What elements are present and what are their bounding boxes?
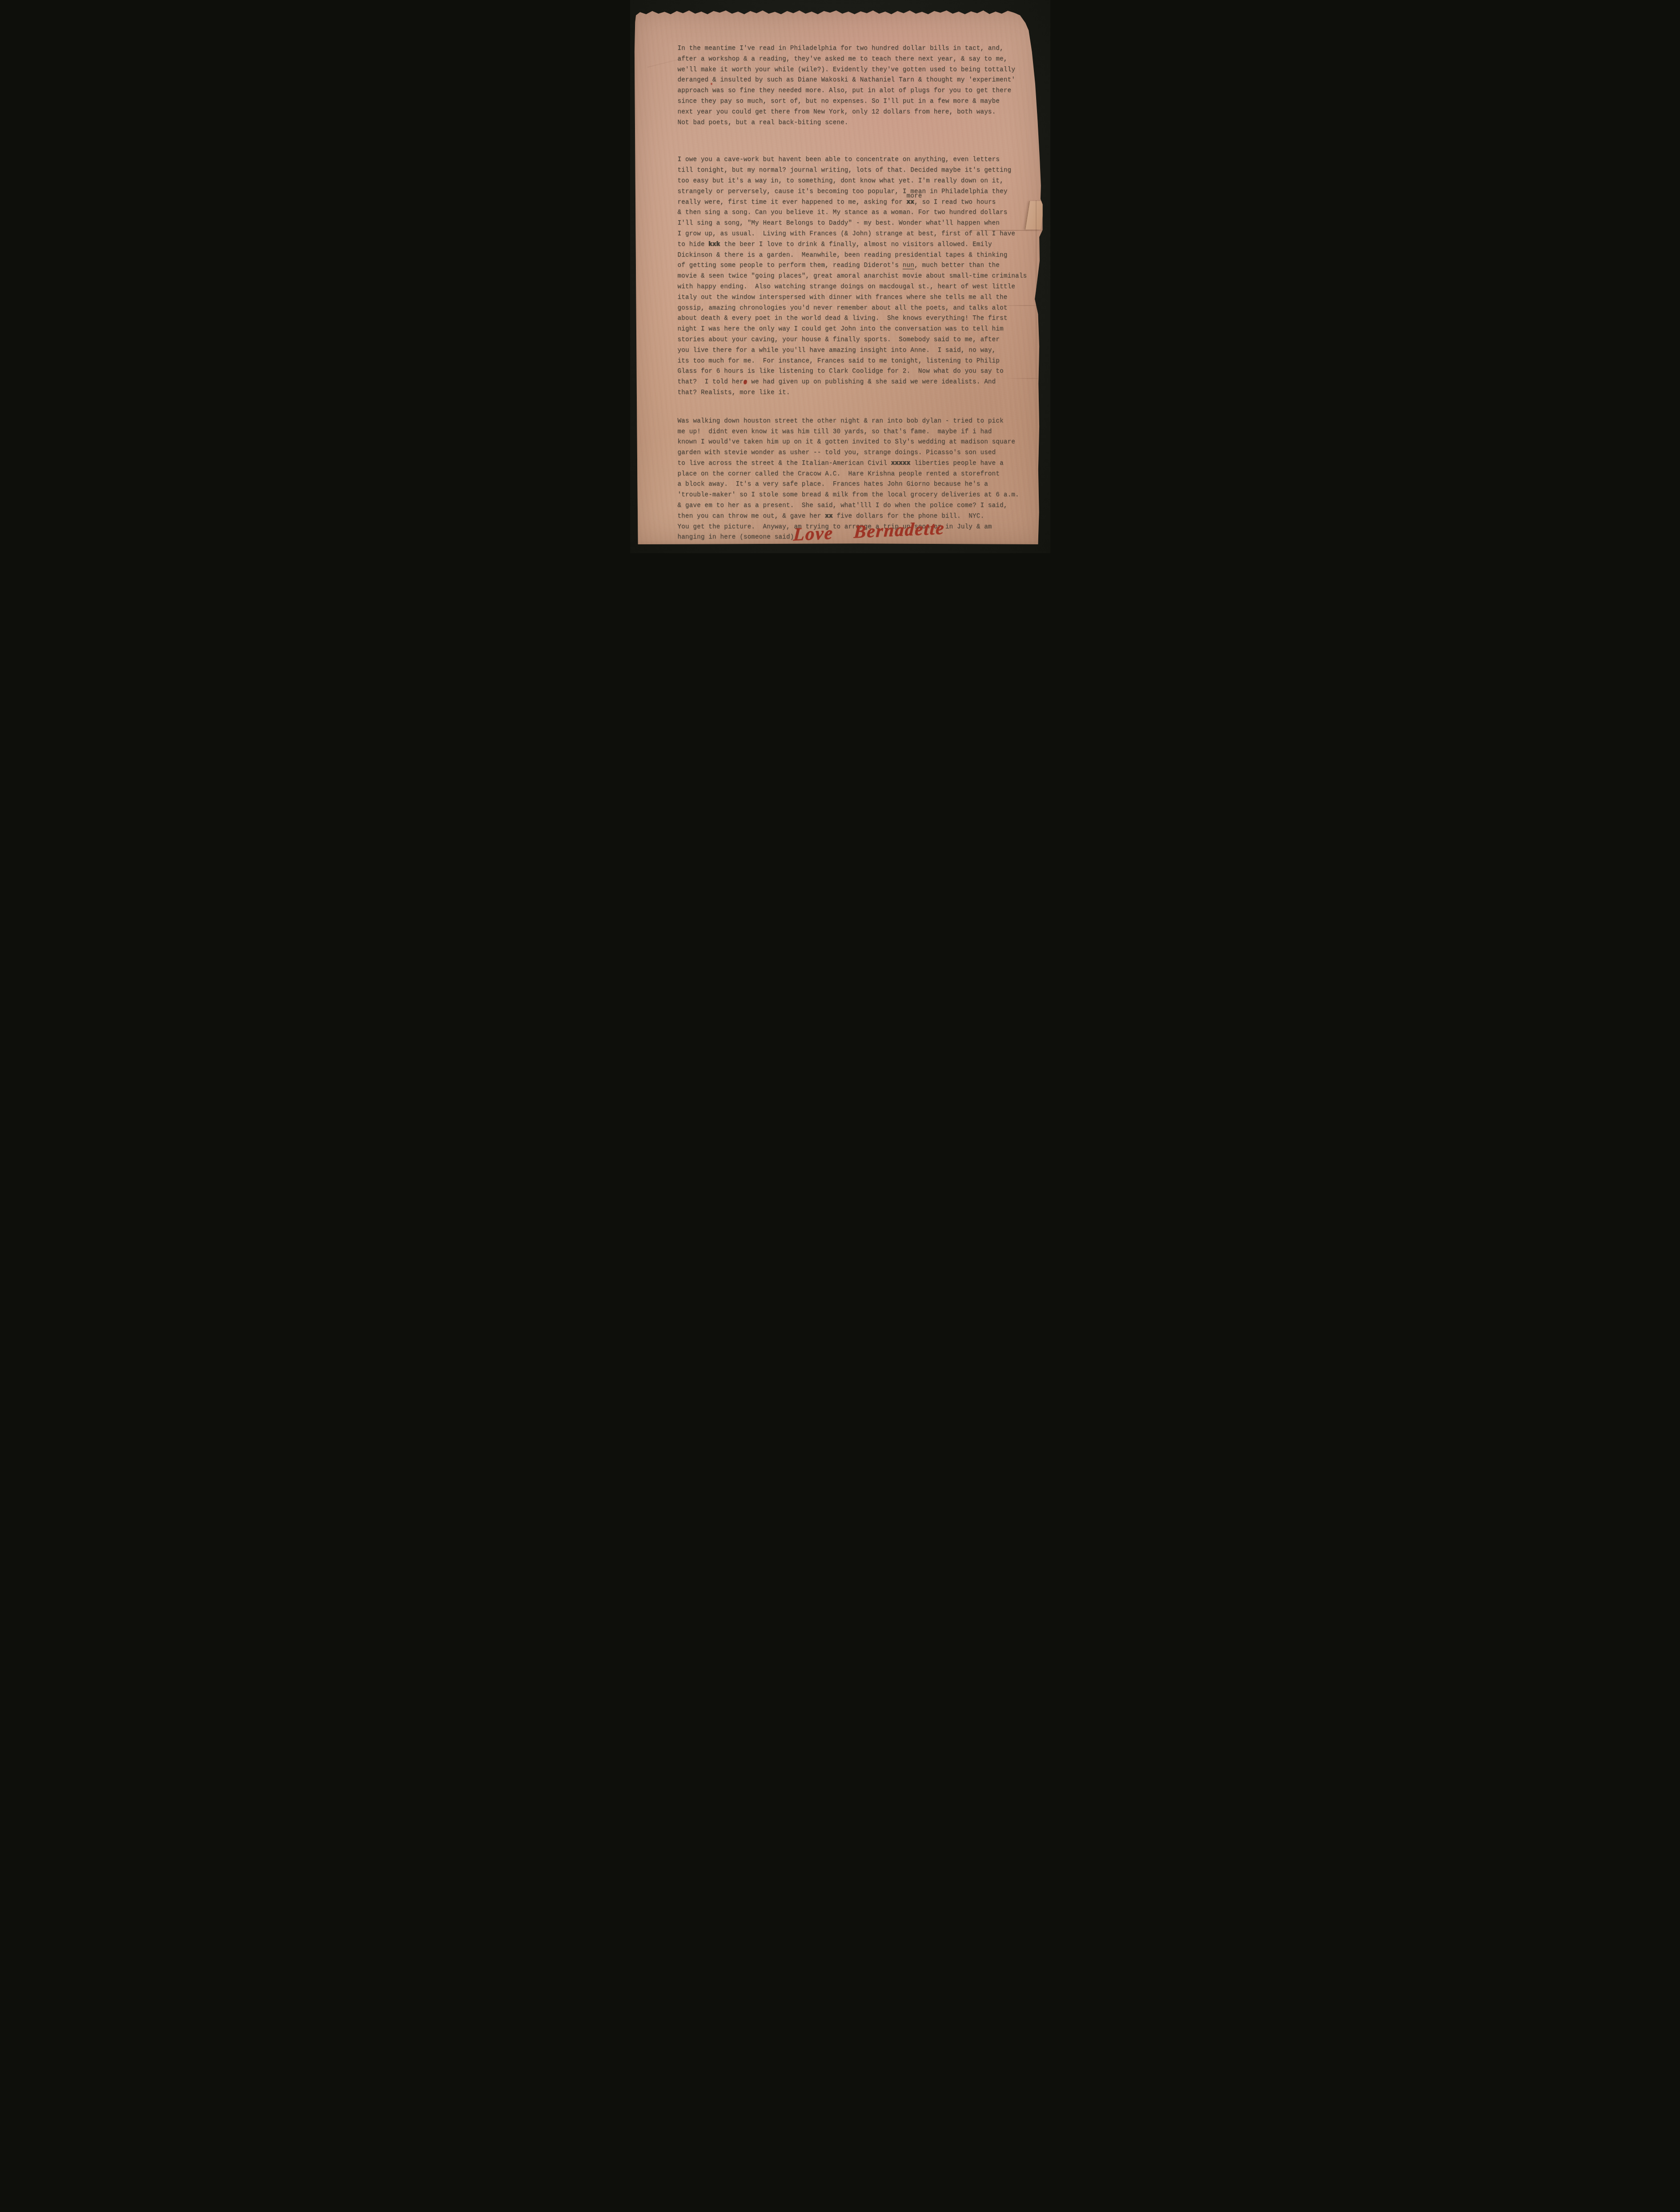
letter-line: me up! didnt even know it was him till 3… [678,427,1027,438]
line-segment: In the meantime I've read in Philadelphi… [678,45,1004,52]
line-segment: we'll make it worth your while (wile?). … [678,66,1015,73]
letter-line: we'll make it worth your while (wile?). … [678,65,1027,76]
line-segment: gossip, amazing chronologies you'd never… [678,305,1008,312]
letter-line: a block away. It's a very safe place. Fr… [678,480,1027,491]
letter-line: known I would've taken him up on it & go… [678,438,1027,448]
letter-line: & then sing a song. Can you believe it. … [678,208,1027,218]
letter-line: its too much for me. For instance, Franc… [678,356,1027,367]
line-segment: of getting some people to perform them, … [678,262,903,269]
letter-line: till tonight, but my normal? journal wri… [678,165,1027,176]
letter-line: 'trouble-maker' so I stole some bread & … [678,490,1027,501]
line-segment: movie & seen twice "going places", great… [678,273,1027,280]
line-segment: approach was so fine they needed more. A… [678,88,1012,95]
line-segment: that? I told her [678,378,744,386]
line-segment: & then sing a song. Can you believe it. … [678,209,1008,216]
scan-background: In the meantime I've read in Philadelphi… [630,0,1050,553]
letter-line: Not bad poets, but a real back-biting sc… [678,118,1027,129]
line-segment: to live across the street & the Italian-… [678,460,891,467]
line-segment: , so I read two hours [914,199,996,206]
letter-line: about death & every poet in the world de… [678,314,1027,324]
line-segment: e [744,378,748,386]
letter-line: movie & seen twice "going places", great… [678,271,1027,282]
letter-line: Dickinson & there is a garden. Meanwhile… [678,250,1027,261]
line-segment: to hide [678,241,709,248]
paragraph: In the meantime I've read in Philadelphi… [678,44,1027,128]
line-segment: a block away. It's a very safe place. Fr… [678,481,988,488]
line-segment: I'll sing a song, "My Heart Belongs to D… [678,220,1000,227]
letter-line: with happy ending. Also watching strange… [678,282,1027,293]
letter-line: & gave em to her as a present. She said,… [678,501,1027,511]
line-segment: garden with stevie wonder as usher -- to… [678,449,996,456]
letter-line: really were, first time it ever happened… [678,197,1027,208]
line-segment: about death & every poet in the world de… [678,315,1008,322]
line-segment: hanging in here (someone said) [678,534,794,541]
letter-line: then you can throw me out, & gave her xx… [678,511,1027,522]
line-segment: xx [825,513,832,520]
letter-line: In the meantime I've read in Philadelphi… [678,44,1027,54]
line-segment: place on the corner called the Cracow A.… [678,471,1000,478]
line-segment: Not bad poets, but a real back-biting sc… [678,119,848,126]
letter-paper: In the meantime I've read in Philadelphi… [634,9,1043,544]
line-segment: really were, first time it ever happened… [678,199,907,206]
line-segment: known I would've taken him up on it & go… [678,439,1015,446]
line-segment: then you can throw me out, & gave her [678,513,825,520]
paragraph: I owe you a cave-work but havent been ab… [678,155,1027,398]
letter-line: strangely or perversely, cause it's beco… [678,187,1027,197]
line-segment: me up! didnt even know it was him till 3… [678,428,992,435]
line-segment: kxk [708,241,720,248]
line-segment: after a workshop & a reading, they've as… [678,56,1008,63]
letter-line: night I was here the only way I could ge… [678,325,1027,335]
line-segment: deranged & insulted by such as Diane Wak… [678,76,1015,84]
line-segment: liberties people have a [910,460,1004,467]
line-segment: Dickinson & there is a garden. Meanwhile… [678,252,1008,259]
letter-line: to hide kxk the beer I love to drink & f… [678,240,1027,250]
line-segment: strangely or perversely, cause it's beco… [678,188,1008,195]
line-segment: xxxxx [891,460,911,467]
line-segment: , much better than the [914,262,1000,269]
fold-flap [1025,201,1045,229]
letter-line: after a workshop & a reading, they've as… [678,54,1027,65]
line-segment: till tonight, but my normal? journal wri… [678,167,1012,174]
line-segment: night I was here the only way I could ge… [678,326,1004,333]
line-segment: the beer I love to drink & finally, almo… [720,241,992,248]
line-segment: that? Realists, more like it. [678,389,790,396]
line-segment: I owe you a cave-work but havent been ab… [678,157,1000,164]
line-segment: Was walking down houston street the othe… [678,418,1004,425]
letter-line: that? I told here we had given up on pub… [678,377,1027,388]
line-segment: Glass for 6 hours is like listening to C… [678,368,1004,375]
letter-line: too easy but it's a way in, to something… [678,176,1027,187]
line-segment: since they pay so much, sort of, but no … [678,98,1000,105]
line-segment: 'trouble-maker' so I stole some bread & … [678,491,1019,499]
letter-line: place on the corner called the Cracow A.… [678,469,1027,480]
letter-line: italy out the window interspersed with d… [678,293,1027,303]
crease-line [1036,200,1037,543]
letter-body: In the meantime I've read in Philadelphi… [678,44,1027,543]
letter-line: next year you could get there from New Y… [678,107,1027,118]
line-segment: I grow up, as usual. Living with Frances… [678,230,1015,237]
line-segment: too easy but it's a way in, to something… [678,177,1004,185]
line-segment: next year you could get there from New Y… [678,109,996,116]
line-segment: stories about your caving, your house & … [678,336,1000,343]
letter-line: of getting some people to perform them, … [678,261,1027,272]
line-segment: with happy ending. Also watching strange… [678,283,1015,290]
letter-line: to live across the street & the Italian-… [678,458,1027,469]
line-segment: italy out the window interspersed with d… [678,294,1008,301]
letter-line: Was walking down houston street the othe… [678,416,1027,427]
line-segment: & gave em to her as a present. She said,… [678,502,1008,509]
letter-line: garden with stevie wonder as usher -- to… [678,448,1027,458]
letter-line: stories about your caving, your house & … [678,335,1027,346]
letter-line: Glass for 6 hours is like listening to C… [678,367,1027,378]
letter-line: gossip, amazing chronologies you'd never… [678,303,1027,314]
letter-line: that? Realists, more like it. [678,388,1027,398]
line-segment: we had given up on publishing & she said… [748,378,996,386]
line-segment: you live there for a while you'll have a… [678,347,996,354]
letter-line: approach was so fine they needed more. A… [678,86,1027,97]
line-segment: its too much for me. For instance, Franc… [678,358,1000,365]
letter-line: you live there for a while you'll have a… [678,346,1027,356]
letter-line: I grow up, as usual. Living with Frances… [678,229,1027,240]
letter-line: I'll sing a song, "My Heart Belongs to D… [678,219,1027,229]
letter-line: I owe you a cave-work but havent been ab… [678,155,1027,166]
letter-line: since they pay so much, sort of, but no … [678,97,1027,107]
letter-line: deranged & insulted by such as Diane Wak… [678,75,1027,86]
line-segment: nun [903,262,914,269]
